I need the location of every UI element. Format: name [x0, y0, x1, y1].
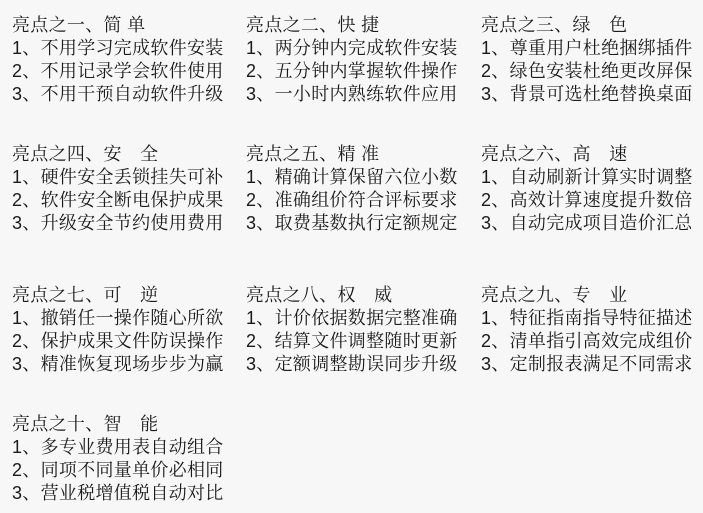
feature-item: 3、取费基数执行定额规定 [246, 212, 481, 235]
feature-item: 3、定制报表满足不同需求 [481, 353, 703, 376]
feature-item: 3、背景可选杜绝替换桌面 [481, 83, 703, 106]
highlight-section-1: 亮点之一、简 单 1、不用学习完成软件安装 2、不用记录学会软件使用 3、不用干… [12, 14, 246, 106]
feature-item: 1、自动刷新计算实时调整 [481, 166, 703, 189]
section-title: 亮点之九、专 业 [481, 284, 703, 307]
feature-item: 1、精确计算保留六位小数 [246, 166, 481, 189]
feature-item: 3、不用干预自动软件升级 [12, 83, 246, 106]
feature-item: 2、准确组价符合评标要求 [246, 189, 481, 212]
highlight-section-6: 亮点之六、高 速 1、自动刷新计算实时调整 2、高效计算速度提升数倍 3、自动完… [481, 143, 703, 235]
highlight-section-4: 亮点之四、安 全 1、硬件安全丢锁挂失可补 2、软件安全断电保护成果 3、升级安… [12, 143, 246, 235]
feature-item: 2、高效计算速度提升数倍 [481, 189, 703, 212]
feature-item: 1、两分钟内完成软件安装 [246, 37, 481, 60]
section-title: 亮点之三、绿 色 [481, 14, 703, 37]
feature-item: 1、撤销任一操作随心所欲 [12, 307, 246, 330]
feature-item: 3、营业税增值税自动对比 [12, 482, 246, 505]
feature-item: 2、保护成果文件防误操作 [12, 330, 246, 353]
feature-item: 2、五分钟内掌握软件操作 [246, 60, 481, 83]
feature-item: 1、尊重用户杜绝捆绑插件 [481, 37, 703, 60]
section-title: 亮点之二、快 捷 [246, 14, 481, 37]
section-title: 亮点之十、智 能 [12, 413, 246, 436]
feature-item: 1、多专业费用表自动组合 [12, 436, 246, 459]
section-title: 亮点之六、高 速 [481, 143, 703, 166]
highlight-section-2: 亮点之二、快 捷 1、两分钟内完成软件安装 2、五分钟内掌握软件操作 3、一小时… [246, 14, 481, 106]
feature-item: 1、计价依据数据完整准确 [246, 307, 481, 330]
feature-item: 3、精准恢复现场步步为赢 [12, 353, 246, 376]
feature-item: 2、清单指引高效完成组价 [481, 330, 703, 353]
highlight-section-8: 亮点之八、权 威 1、计价依据数据完整准确 2、结算文件调整随时更新 3、定额调… [246, 284, 481, 376]
highlights-grid: 亮点之一、简 单 1、不用学习完成软件安装 2、不用记录学会软件使用 3、不用干… [12, 14, 703, 505]
feature-item: 3、升级安全节约使用费用 [12, 212, 246, 235]
section-title: 亮点之八、权 威 [246, 284, 481, 307]
highlight-section-10: 亮点之十、智 能 1、多专业费用表自动组合 2、同项不同量单价必相同 3、营业税… [12, 413, 246, 505]
feature-item: 3、定额调整勘误同步升级 [246, 353, 481, 376]
feature-item: 3、一小时内熟练软件应用 [246, 83, 481, 106]
feature-item: 2、同项不同量单价必相同 [12, 459, 246, 482]
section-title: 亮点之四、安 全 [12, 143, 246, 166]
section-title: 亮点之五、精 准 [246, 143, 481, 166]
highlights-page: 亮点之一、简 单 1、不用学习完成软件安装 2、不用记录学会软件使用 3、不用干… [0, 0, 703, 513]
section-title: 亮点之七、可 逆 [12, 284, 246, 307]
section-title: 亮点之一、简 单 [12, 14, 246, 37]
feature-item: 1、硬件安全丢锁挂失可补 [12, 166, 246, 189]
feature-item: 2、结算文件调整随时更新 [246, 330, 481, 353]
feature-item: 1、特征指南指导特征描述 [481, 307, 703, 330]
highlight-section-3: 亮点之三、绿 色 1、尊重用户杜绝捆绑插件 2、绿色安装杜绝更改屏保 3、背景可… [481, 14, 703, 106]
feature-item: 2、不用记录学会软件使用 [12, 60, 246, 83]
highlight-section-5: 亮点之五、精 准 1、精确计算保留六位小数 2、准确组价符合评标要求 3、取费基… [246, 143, 481, 235]
feature-item: 1、不用学习完成软件安装 [12, 37, 246, 60]
highlight-section-7: 亮点之七、可 逆 1、撤销任一操作随心所欲 2、保护成果文件防误操作 3、精准恢… [12, 284, 246, 376]
feature-item: 3、自动完成项目造价汇总 [481, 212, 703, 235]
feature-item: 2、绿色安装杜绝更改屏保 [481, 60, 703, 83]
highlight-section-9: 亮点之九、专 业 1、特征指南指导特征描述 2、清单指引高效完成组价 3、定制报… [481, 284, 703, 376]
feature-item: 2、软件安全断电保护成果 [12, 189, 246, 212]
